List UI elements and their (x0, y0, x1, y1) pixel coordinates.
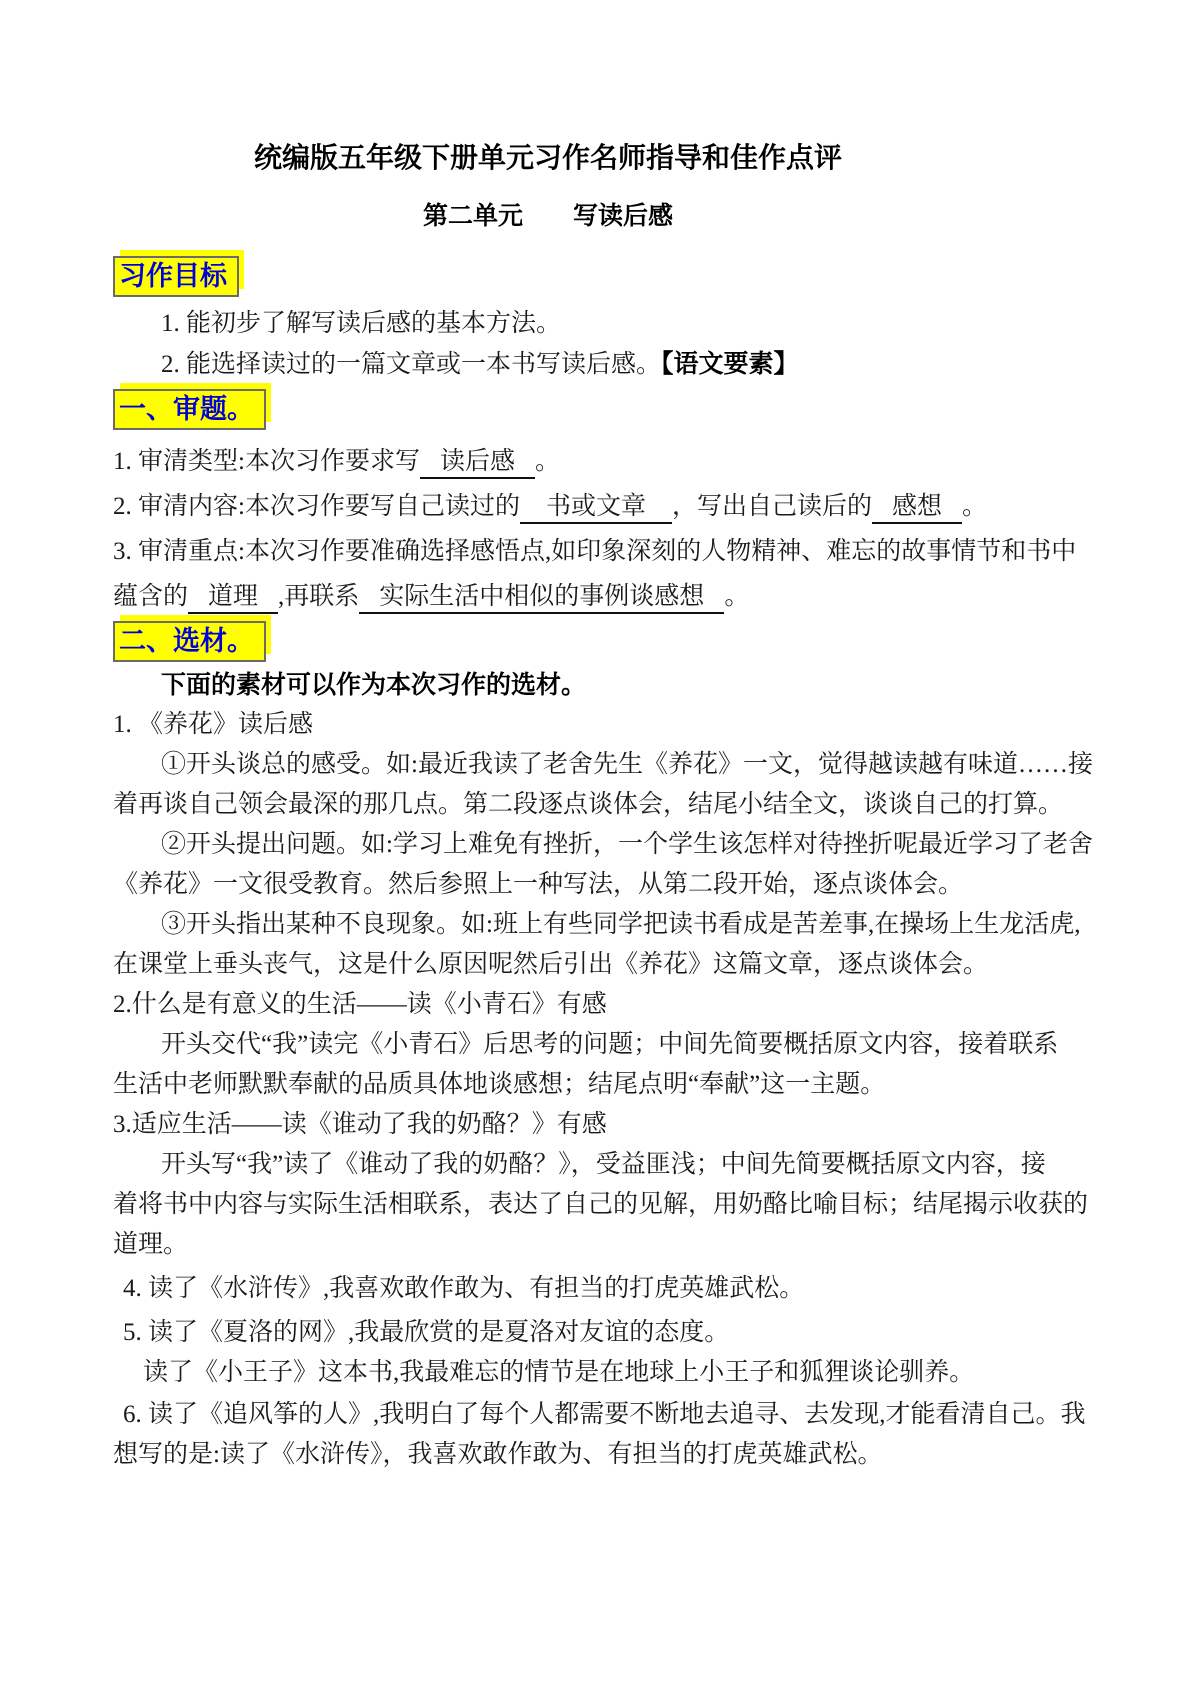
material-item-1-heading: 1. 《养花》读后感 (113, 705, 1079, 745)
material-item-3-para-line-2: 着将书中内容与实际生活相联系，表达了自己的见解，用奶酪比喻目标；结尾揭示收获的 (113, 1185, 1079, 1225)
xuancai-badge-row: 二、选材。 (113, 621, 1079, 663)
material-item-5-extra: 读了《小王子》这本书,我最难忘的情节是在地球上小王子和狐狸谈论驯养。 (113, 1353, 1079, 1393)
shenti-item-3-line-2: 蕴含的道理,再联系实际生活中相似的事例谈感想。 (113, 574, 1079, 619)
goal-badge-row: 习作目标 (113, 256, 1079, 298)
material-item-2-para-line-2: 生活中老师默默奉献的品质具体地谈感想；结尾点明“奉献”这一主题。 (113, 1065, 1079, 1105)
text-run: ，写出自己读后的 (672, 493, 872, 520)
goal-item-1: 1. 能初步了解写读后感的基本方法。 (113, 304, 1079, 344)
yuwen-yaosu-tag: 【语文要素】 (661, 350, 799, 378)
section-badge-goal: 习作目标 (113, 256, 239, 297)
blank-answer-type: 读后感 (420, 447, 535, 479)
material-item-1-para-2-line-1: ②开头提出问题。如:学习上难免有挫折，一个学生该怎样对待挫折呢最近学习了老舍 (113, 825, 1079, 865)
material-item-2-para-line-1: 开头交代“我”读完《小青石》后思考的问题；中间先简要概括原文内容，接着联系 (113, 1025, 1079, 1065)
goal-item-2: 2. 能选择读过的一篇文章或一本书写读后感。【语文要素】 (113, 344, 1079, 385)
shenti-item-2: 2. 审清内容:本次习作要写自己读过的书或文章，写出自己读后的感想。 (113, 484, 1079, 529)
unit-number-label: 第二单元 (423, 202, 523, 230)
material-item-3-para-line-1: 开头写“我”读了《谁动了我的奶酪？》，受益匪浅；中间先简要概括原文内容，接 (113, 1145, 1079, 1185)
material-item-1-para-1-line-1: ①开头谈总的感受。如:最近我读了老舍先生《养花》一文，觉得越读越有味道……接 (113, 745, 1079, 785)
shenti-badge-row: 一、审题。 (113, 389, 1079, 431)
text-run: 蕴含的 (113, 583, 188, 610)
unit-topic-label: 写读后感 (573, 202, 673, 230)
section-badge-xuancai: 二、选材。 (113, 621, 266, 662)
material-item-1-para-1-line-2: 着再谈自己领会最深的那几点。第二段逐点谈体会，结尾小结全文，谈谈自己的打算。 (113, 785, 1079, 825)
text-run: 。 (962, 493, 987, 520)
blank-answer-feeling: 感想 (872, 492, 962, 524)
blank-answer-source: 书或文章 (520, 492, 672, 524)
goal-item-2-text: 2. 能选择读过的一篇文章或一本书写读后感。 (161, 351, 661, 378)
material-item-3-heading: 3.适应生活——读《谁动了我的奶酪？》有感 (113, 1105, 1079, 1145)
material-item-3-para-line-3: 道理。 (113, 1225, 1079, 1265)
section-badge-shenti: 一、审题。 (113, 389, 266, 430)
text-run: 。 (535, 448, 560, 475)
material-item-6-line-2: 想写的是:读了《水浒传》，我喜欢敢作敢为、有担当的打虎英雄武松。 (113, 1435, 1079, 1475)
xuancai-intro: 下面的素材可以作为本次习作的选材。 (113, 665, 1079, 705)
material-item-1-para-3-line-1: ③开头指出某种不良现象。如:班上有些同学把读书看成是苦差事,在操场上生龙活虎, (113, 905, 1079, 945)
document-page: 统编版五年级下册单元习作名师指导和佳作点评 第二单元写读后感 习作目标 1. 能… (0, 0, 1191, 1684)
material-item-6-line-1: 6. 读了《追风筝的人》,我明白了每个人都需要不断地去追寻、去发现,才能看清自己… (113, 1395, 1079, 1435)
text-run: 3. 审清重点:本次习作要准确选择感悟点,如印象深刻的人物精神、难忘的故事情节和… (113, 538, 1076, 565)
unit-subtitle: 第二单元写读后感 (113, 200, 983, 232)
text-run: 2. 审清内容:本次习作要写自己读过的 (113, 493, 520, 520)
blank-answer-truth: 道理 (188, 582, 278, 614)
material-item-1-para-2-line-2: 《养花》一文很受教育。然后参照上一种写法，从第二段开始，逐点谈体会。 (113, 865, 1079, 905)
text-run: 。 (724, 583, 749, 610)
shenti-item-1: 1. 审清类型:本次习作要求写读后感。 (113, 439, 1079, 484)
goal-item-1-text: 1. 能初步了解写读后感的基本方法。 (161, 310, 561, 337)
text-run: 1. 审清类型:本次习作要求写 (113, 448, 420, 475)
shenti-item-3-line-1: 3. 审清重点:本次习作要准确选择感悟点,如印象深刻的人物精神、难忘的故事情节和… (113, 529, 1079, 574)
blank-answer-example: 实际生活中相似的事例谈感想 (359, 582, 724, 614)
page-title: 统编版五年级下册单元习作名师指导和佳作点评 (113, 140, 983, 176)
material-item-2-heading: 2.什么是有意义的生活——读《小青石》有感 (113, 985, 1079, 1025)
material-item-5: 5. 读了《夏洛的网》,我最欣赏的是夏洛对友谊的态度。 (113, 1313, 1079, 1353)
text-run: ,再联系 (278, 583, 359, 610)
material-item-1-para-3-line-2: 在课堂上垂头丧气，这是什么原因呢然后引出《养花》这篇文章，逐点谈体会。 (113, 945, 1079, 985)
material-item-4: 4. 读了《水浒传》,我喜欢敢作敢为、有担当的打虎英雄武松。 (113, 1269, 1079, 1309)
